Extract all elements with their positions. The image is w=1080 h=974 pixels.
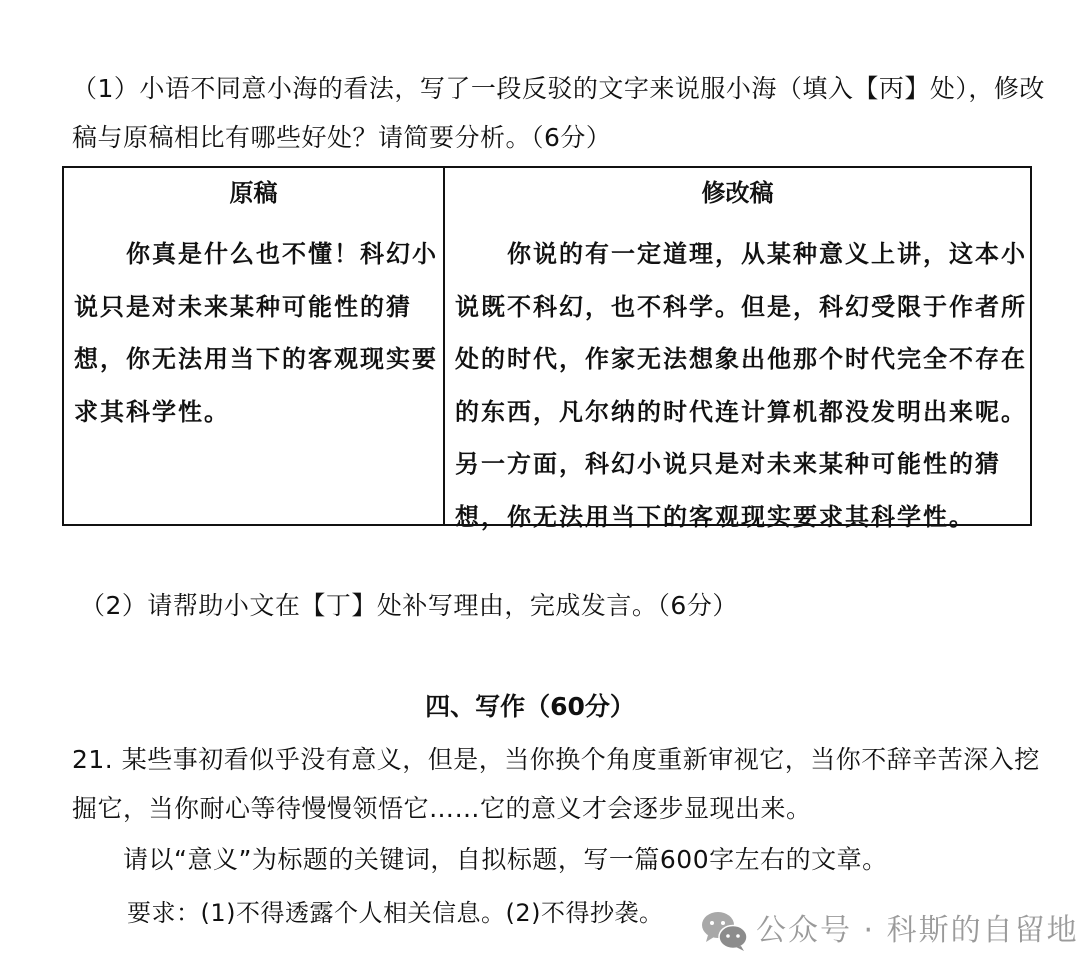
revised-line: 你说的有一定道理，从某种意义上讲，这本小 [455, 228, 1020, 281]
question-1-prompt-line-2: 稿与原稿相比有哪些好处？请简要分析。（6分） [72, 123, 611, 153]
question-2-prompt: （2）请帮助小文在【丁】处补写理由，完成发言。（6分） [80, 591, 738, 621]
original-line: 想，你无法用当下的客观现实要 [74, 333, 433, 386]
revised-line: 的东西，凡尔纳的时代连计算机都没发明出来呢。 [455, 386, 1020, 439]
original-draft-text: 你真是什么也不懂！科幻小 说只是对未来某种可能性的猜 想，你无法用当下的客观现实… [74, 228, 433, 438]
question-1-prompt-line-1: （1）小语不同意小海的看法，写了一段反驳的文字来说服小海（填入【丙】处），修改 [72, 74, 1045, 104]
section-heading-text: 四、写作（60分） [425, 692, 635, 721]
revised-draft-column: 修改稿 你说的有一定道理，从某种意义上讲，这本小 说既不科幻，也不科学。但是，科… [445, 168, 1030, 524]
revised-line: 处的时代，作家无法想象出他那个时代完全不存在 [455, 333, 1020, 386]
revised-line: 另一方面，科幻小说只是对未来某种可能性的猜 [455, 438, 1020, 491]
question-21-instruction: 请以“意义”为标题的关键词，自拟标题，写一篇600字左右的文章。 [123, 845, 888, 875]
original-draft-header: 原稿 [64, 178, 443, 208]
revised-draft-header: 修改稿 [445, 178, 1030, 208]
original-line: 说只是对未来某种可能性的猜 [74, 281, 433, 334]
original-draft-column: 原稿 你真是什么也不懂！科幻小 说只是对未来某种可能性的猜 想，你无法用当下的客… [64, 168, 443, 524]
comparison-table: 原稿 你真是什么也不懂！科幻小 说只是对未来某种可能性的猜 想，你无法用当下的客… [62, 166, 1032, 526]
wechat-icon [700, 909, 750, 953]
section-heading: 四、写作（60分） [0, 692, 1080, 722]
original-line: 求其科学性。 [74, 386, 433, 439]
original-line: 你真是什么也不懂！科幻小 [74, 228, 433, 281]
revised-line: 说既不科幻，也不科学。但是，科幻受限于作者所 [455, 281, 1020, 334]
watermark-text: 公众号 · 科斯的自留地 [756, 911, 1079, 951]
watermark: 公众号 · 科斯的自留地 [700, 905, 1079, 957]
revised-draft-text: 你说的有一定道理，从某种意义上讲，这本小 说既不科幻，也不科学。但是，科幻受限于… [455, 228, 1020, 543]
revised-line: 想，你无法用当下的客观现实要求其科学性。 [455, 491, 1020, 544]
question-21-prompt-line-2: 掘它，当你耐心等待慢慢领悟它……它的意义才会逐步显现出来。 [72, 794, 812, 824]
question-21-prompt-line-1: 21. 某些事初看似乎没有意义，但是，当你换个角度重新审视它，当你不辞辛苦深入挖 [72, 745, 1040, 775]
question-21-requirement: 要求：(1)不得透露个人相关信息。(2)不得抄袭。 [127, 898, 664, 928]
